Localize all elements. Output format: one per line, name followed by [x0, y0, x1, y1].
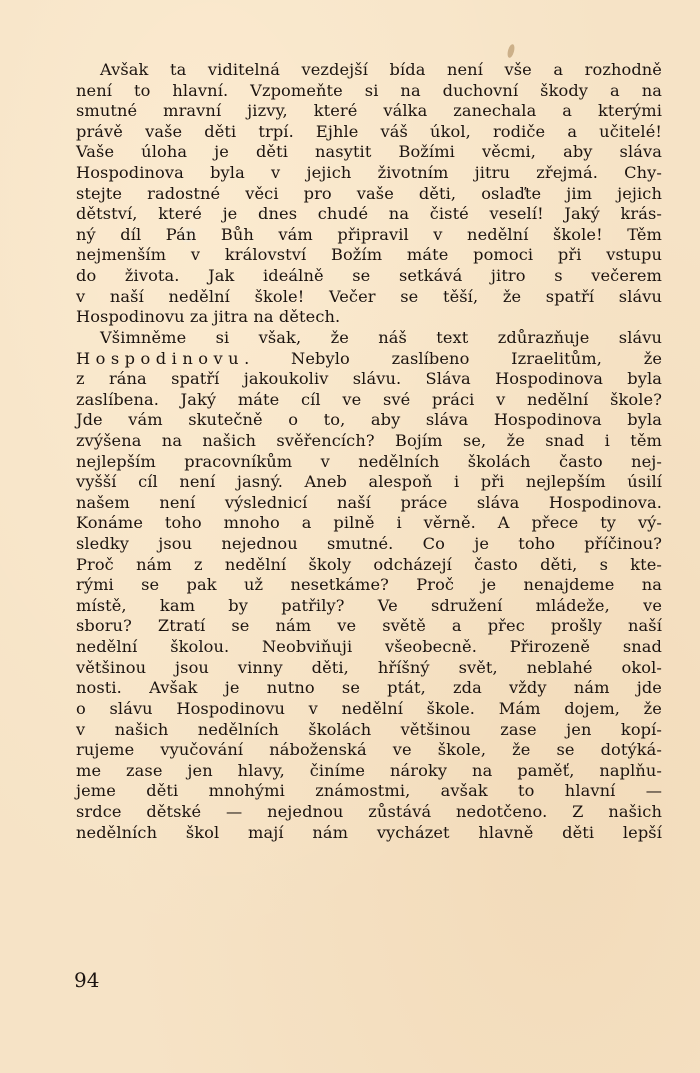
text-fragment: . Nebylo zaslíbeno Izraelitům, že — [244, 349, 662, 368]
text-line: našem není výslednicí naší práce sláva H… — [76, 493, 662, 514]
text-line: nedělní školou. Neobviňuji všeobecně. Př… — [76, 637, 662, 658]
spaced-emphasis-word: Hospodinovu — [76, 349, 244, 368]
text-line: rými se pak už nesetkáme? Proč je nenajd… — [76, 575, 662, 596]
text-line: vyšší cíl není jasný. Aneb alespoň i při… — [76, 472, 662, 493]
text-line: Avšak ta viditelná vezdejší bída není vš… — [76, 60, 662, 81]
text-line: smutné mravní jizvy, které válka zanecha… — [76, 101, 662, 122]
book-page: Avšak ta viditelná vezdejší bída není vš… — [0, 0, 700, 1073]
text-line: místě, kam by patřily? Ve sdružení mláde… — [76, 596, 662, 617]
text-line: Všimněme si však, že náš text zdůrazňuje… — [76, 328, 662, 349]
text-line: zaslíbena. Jaký máte cíl ve své práci v … — [76, 390, 662, 411]
text-line: srdce dětské — nejednou zůstává nedotčen… — [76, 802, 662, 823]
page-number: 94 — [74, 968, 99, 992]
text-line: me zase jen hlavy, činíme nároky na pamě… — [76, 761, 662, 782]
text-line: Jde vám skutečně o to, aby sláva Hospodi… — [76, 410, 662, 431]
text-line: v našich nedělních školách většinou zase… — [76, 720, 662, 741]
text-line: v naší nedělní škole! Večer se těší, že … — [76, 287, 662, 308]
text-line: sboru? Ztratí se nám ve světě a přec pro… — [76, 616, 662, 637]
text-line: většinou jsou vinny děti, hříšný svět, n… — [76, 658, 662, 679]
text-line: nosti. Avšak je nutno se ptát, zda vždy … — [76, 678, 662, 699]
text-line: nedělních škol mají nám vycházet hlavně … — [76, 823, 662, 844]
text-line: Konáme toho mnoho a pilně i věrně. A pře… — [76, 513, 662, 534]
text-line: Hospodinova byla v jejich životním jitru… — [76, 163, 662, 184]
text-line: Hospodinovu za jitra na dětech. — [76, 307, 662, 328]
text-line: do života. Jak ideálně se setkává jitro … — [76, 266, 662, 287]
text-line: právě vaše děti trpí. Ejhle váš úkol, ro… — [76, 122, 662, 143]
text-line: Vaše úloha je děti nasytit Božími věcmi,… — [76, 142, 662, 163]
text-line: nejlepším pracovníkům v nedělních školác… — [76, 452, 662, 473]
text-line: sledky jsou nejednou smutné. Co je toho … — [76, 534, 662, 555]
paper-stain — [506, 43, 515, 58]
text-line: zvýšena na našich svěřencích? Bojím se, … — [76, 431, 662, 452]
body-text: Avšak ta viditelná vezdejší bída není vš… — [76, 60, 662, 843]
text-line: dětství, které je dnes chudé na čisté ve… — [76, 204, 662, 225]
text-line: nejmenším v království Božím máte pomoci… — [76, 245, 662, 266]
text-line: z rána spatří jakoukoliv slávu. Sláva Ho… — [76, 369, 662, 390]
text-line: rujeme vyučování náboženská ve škole, že… — [76, 740, 662, 761]
text-line: jeme děti mnohými známostmi, avšak to hl… — [76, 781, 662, 802]
text-line: Proč nám z nedělní školy odcházejí často… — [76, 555, 662, 576]
text-line: stejte radostné věci pro vaše děti, osla… — [76, 184, 662, 205]
text-line-emphasis: Hospodinovu. Nebylo zaslíbeno Izraelitům… — [76, 349, 662, 370]
text-line: není to hlavní. Vzpomeňte si na duchovní… — [76, 81, 662, 102]
text-line: ný díl Pán Bůh vám připravil v nedělní š… — [76, 225, 662, 246]
text-line: o slávu Hospodinovu v nedělní škole. Mám… — [76, 699, 662, 720]
